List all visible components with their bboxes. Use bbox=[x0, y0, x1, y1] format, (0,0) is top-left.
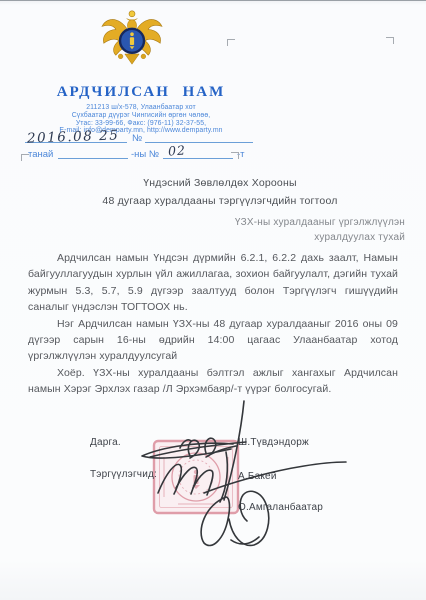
presidium-member1-name: А.Бакей bbox=[238, 471, 277, 482]
corner-mark-icon bbox=[227, 39, 235, 46]
party-emblem-icon bbox=[96, 6, 168, 72]
letter-body: Ардчилсан намын Үндсэн дүрмийн 6.2.1, 6.… bbox=[28, 250, 398, 398]
official-seal-stamp-icon bbox=[152, 439, 240, 515]
scanned-letter-page: АРДЧИЛСАН НАМ 211213 ш/х-578, Улаанбаата… bbox=[0, 0, 426, 600]
document-title: Үндэсний Зөвлөлдөх Хорооны 48 дугаар хур… bbox=[40, 174, 400, 210]
number-underline bbox=[145, 129, 253, 143]
party-name-heading: АРДЧИЛСАН НАМ bbox=[0, 84, 282, 101]
recipient-underline bbox=[58, 145, 128, 159]
handwritten-number: 02 bbox=[167, 142, 186, 158]
recipient-label: танай bbox=[28, 149, 53, 160]
presidium-member2-name: О.Амгаланбаатар bbox=[238, 502, 323, 513]
ny-number-label: -ны № bbox=[131, 149, 159, 160]
subject-block: ҮЗХ-ны хуралдааныг үргэлжлүүлэн хуралдуу… bbox=[180, 216, 405, 245]
title-line2: 48 дугаар хуралдааны тэргүүлэгчдийн тогт… bbox=[40, 192, 400, 210]
address-line: Сүхбаатар дүүрэг Чингисийн өргөн чөлөө, bbox=[20, 112, 262, 120]
eagle-emblem-graphic bbox=[96, 6, 168, 72]
corner-mark-icon bbox=[386, 37, 394, 44]
body-paragraph-2: Нэг Ардчилсан намын ҮЗХ-ны 48 дугаар хур… bbox=[28, 316, 398, 365]
phone-fax-line: Утас: 33-99-66, Факс: (976-11) 32-37-55, bbox=[20, 120, 262, 128]
body-paragraph-1: Ардчилсан намын Үндсэн дүрмийн 6.2.1, 6.… bbox=[28, 250, 398, 316]
corner-mark-icon bbox=[21, 154, 29, 161]
corner-mark-icon bbox=[231, 152, 239, 159]
stamp-graphic bbox=[152, 439, 240, 515]
number-sign-label: № bbox=[132, 133, 142, 144]
subject-line2: хуралдуулах тухай bbox=[180, 231, 405, 246]
subject-line1: ҮЗХ-ны хуралдааныг үргэлжлүүлэн bbox=[180, 216, 405, 231]
body-paragraph-3: Хоёр. ҮЗХ-ны хуралдааны бэлтгэл ажлыг ха… bbox=[28, 365, 398, 398]
title-line1: Үндэсний Зөвлөлдөх Хорооны bbox=[40, 174, 400, 192]
presidium-label: Тэргүүлэгчид: bbox=[90, 469, 157, 480]
chairman-label: Дарга. bbox=[90, 437, 121, 448]
chairman-name: Ш.Түвдэндорж bbox=[238, 437, 309, 448]
address-line: 211213 ш/х-578, Улаанбаатар хот bbox=[20, 104, 262, 112]
handwritten-date: 2016.08 25 bbox=[27, 127, 120, 146]
